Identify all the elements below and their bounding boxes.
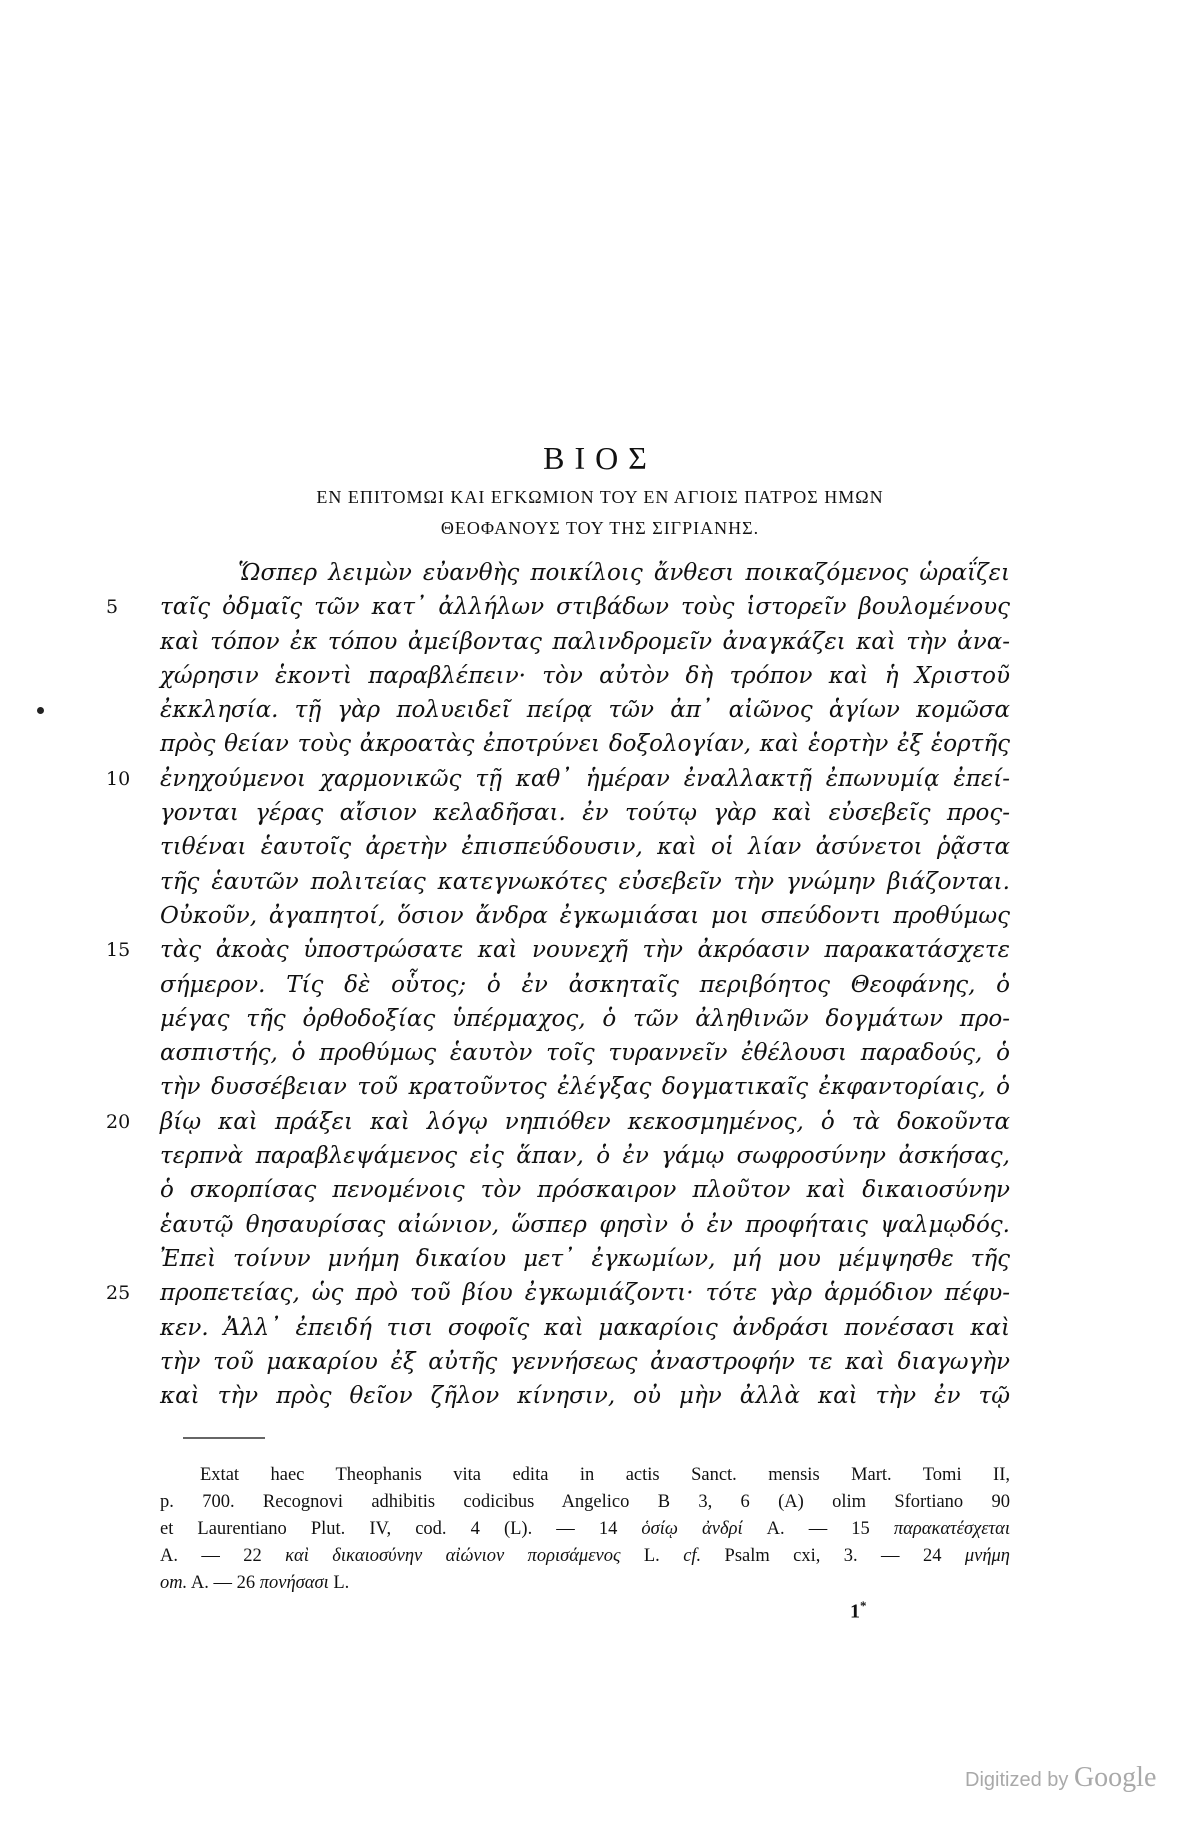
line-text: μέγας τῆς ὀρθοδοξίας ὑπέρμαχος, ὁ τῶν ἀλ… bbox=[160, 1006, 1010, 1032]
footnote-variant: παρακατέσχεται bbox=[894, 1519, 1010, 1539]
footnote-text: A. — 15 bbox=[743, 1519, 894, 1539]
line-number: 10 bbox=[106, 762, 146, 796]
text-line: καὶ τόπον ἐκ τόπου ἀμείβοντας παλινδρομε… bbox=[160, 625, 1010, 659]
line-text: τὴν τοῦ μακαρίου ἐξ αὐτῆς γεννήσεως ἀνασ… bbox=[160, 1349, 1010, 1375]
line-text: βίῳ καὶ πράξει καὶ λόγῳ νηπιόθεν κεκοσμη… bbox=[160, 1109, 1010, 1135]
text-line: χώρησιν ἑκοντὶ παραβλέπειν· τὸν αὐτὸν δὴ… bbox=[160, 659, 1010, 693]
page-number-value: 1 bbox=[850, 1601, 860, 1623]
greek-body-text: Ὥσπερ λειμὼν εὐανθὴς ποικίλοις ἄνθεσι πο… bbox=[160, 556, 1010, 1413]
footnote-abbrev: om. bbox=[160, 1573, 187, 1593]
line-text: Ἐπεὶ τοίνυν μνήμη δικαίου μετ᾽ ἐγκωμίων,… bbox=[160, 1246, 1010, 1272]
text-line: τιθέναι ἑαυτοῖς ἀρετὴν ἐπισπεύδουσιν, κα… bbox=[160, 830, 1010, 864]
subtitle-line-2: ΘΕΟΦΑΝΟΥΣ ΤΟΥ ΤΗΣ ΣΙΓΡΙΑΝΗΣ. bbox=[0, 518, 1200, 539]
footnote-line: Extat haec Theophanis vita edita in acti… bbox=[160, 1462, 1010, 1489]
text-line: ασπιστής, ὁ προθύμως ἑαυτὸν τοῖς τυραννε… bbox=[160, 1036, 1010, 1070]
line-text: τὴν δυσσέβειαν τοῦ κρατοῦντος ἐλέγξας δο… bbox=[160, 1074, 1010, 1100]
text-line: Ὥσπερ λειμὼν εὐανθὴς ποικίλοις ἄνθεσι πο… bbox=[160, 556, 1010, 590]
footnote-text: Psalm cxi, 3. — 24 bbox=[701, 1546, 965, 1566]
watermark-prefix: Digitized by bbox=[965, 1769, 1074, 1791]
text-line: 10ἐνηχούμενοι χαρμονικῶς τῇ καθ᾽ ἡμέραν … bbox=[160, 762, 1010, 796]
text-line: μέγας τῆς ὀρθοδοξίας ὑπέρμαχος, ὁ τῶν ἀλ… bbox=[160, 1002, 1010, 1036]
google-logo-text: Google bbox=[1074, 1762, 1156, 1793]
signature-mark: * bbox=[860, 1598, 867, 1613]
line-text: τὰς ἀκοὰς ὑποστρώσατε καὶ νουνεχῆ τὴν ἀκ… bbox=[160, 937, 1010, 963]
text-line: σήμερον. Τίς δὲ οὗτος; ὁ ἐν ἀσκηταῖς περ… bbox=[160, 968, 1010, 1002]
footnote-rule bbox=[183, 1437, 265, 1439]
line-text: ταῖς ὀδμαῖς τῶν κατ᾽ ἀλλήλων στιβάδων το… bbox=[160, 594, 1010, 620]
line-text: κεν. Ἀλλ᾽ ἐπειδή τισι σοφοῖς καὶ μακαρίο… bbox=[160, 1315, 1010, 1341]
text-line: ἑαυτῷ θησαυρίσας αἰώνιον, ὥσπερ φησὶν ὁ … bbox=[160, 1208, 1010, 1242]
line-text: πρὸς θείαν τοὺς ἀκροατὰς ἐποτρύνει δοξολ… bbox=[160, 731, 1010, 757]
text-line: 5ταῖς ὀδμαῖς τῶν κατ᾽ ἀλλήλων στιβάδων τ… bbox=[160, 590, 1010, 624]
line-text: ἐνηχούμενοι χαρμονικῶς τῇ καθ᾽ ἡμέραν ἐν… bbox=[160, 766, 1010, 792]
footnote-text: et Laurentiano Plut. IV, cod. 4 (L). — 1… bbox=[160, 1519, 641, 1539]
footnote-text: L. bbox=[620, 1546, 683, 1566]
text-line: τὴν τοῦ μακαρίου ἐξ αὐτῆς γεννήσεως ἀνασ… bbox=[160, 1345, 1010, 1379]
footnote-line: om. A. — 26 πονήσασι L. bbox=[160, 1570, 1010, 1597]
line-text: τερπνὰ παραβλεψάμενος εἰς ἅπαν, ὁ ἐν γάμ… bbox=[160, 1143, 1010, 1169]
line-number: 25 bbox=[106, 1276, 146, 1310]
line-text: Οὐκοῦν, ἀγαπητοί, ὅσιον ἄνδρα ἐγκωμιάσαι… bbox=[160, 903, 1010, 929]
line-text: γονται γέρας αἴσιον κελαδῆσαι. ἐν τούτῳ … bbox=[160, 800, 1010, 826]
line-text: ὁ σκορπίσας πενομένοις τὸν πρόσκαιρον πλ… bbox=[160, 1177, 1010, 1203]
text-line: 20βίῳ καὶ πράξει καὶ λόγῳ νηπιόθεν κεκοσ… bbox=[160, 1105, 1010, 1139]
text-line: κεν. Ἀλλ᾽ ἐπειδή τισι σοφοῖς καὶ μακαρίο… bbox=[160, 1311, 1010, 1345]
text-line: Ἐπεὶ τοίνυν μνήμη δικαίου μετ᾽ ἐγκωμίων,… bbox=[160, 1242, 1010, 1276]
line-text: καὶ τόπον ἐκ τόπου ἀμείβοντας παλινδρομε… bbox=[160, 629, 1010, 655]
footnote-variant: καὶ δικαιοσύνην αἰώνιον πορισάμενος bbox=[285, 1546, 620, 1566]
line-number: 15 bbox=[106, 933, 146, 967]
line-text: ἑαυτῷ θησαυρίσας αἰώνιον, ὥσπερ φησὶν ὁ … bbox=[160, 1212, 1010, 1238]
footnote-text: A. — 26 bbox=[187, 1573, 259, 1593]
text-line: ἐκκλησία. τῇ γὰρ πολυειδεῖ πείρᾳ τῶν ἀπ᾽… bbox=[160, 693, 1010, 727]
page-title: ΒΙΟΣ bbox=[0, 440, 1200, 477]
line-text: σήμερον. Τίς δὲ οὗτος; ὁ ἐν ἀσκηταῖς περ… bbox=[160, 972, 1010, 998]
line-text: Ὥσπερ λειμὼν εὐανθὴς ποικίλοις ἄνθεσι πο… bbox=[238, 560, 1010, 586]
line-text: προπετείας, ὡς πρὸ τοῦ βίου ἐγκωμιάζοντι… bbox=[160, 1280, 1010, 1306]
book-page: ΒΙΟΣ ΕΝ ΕΠΙΤΟΜΩΙ ΚΑΙ ΕΓΚΩΜΙΟΝ ΤΟΥ ΕΝ ΑΓΙ… bbox=[0, 0, 1200, 1824]
text-line: τῆς ἑαυτῶν πολιτείας κατεγνωκότες εὐσεβε… bbox=[160, 865, 1010, 899]
footnote-text: A. — 22 bbox=[160, 1546, 285, 1566]
footnote-text: p. 700. Recognovi adhibitis codicibus An… bbox=[160, 1492, 1010, 1512]
text-line: τερπνὰ παραβλεψάμενος εἰς ἅπαν, ὁ ἐν γάμ… bbox=[160, 1139, 1010, 1173]
margin-ink-dot bbox=[37, 707, 44, 714]
text-line: 25προπετείας, ὡς πρὸ τοῦ βίου ἐγκωμιάζον… bbox=[160, 1276, 1010, 1310]
footnote-line: A. — 22 καὶ δικαιοσύνην αἰώνιον πορισάμε… bbox=[160, 1543, 1010, 1570]
text-line: 15τὰς ἀκοὰς ὑποστρώσατε καὶ νουνεχῆ τὴν … bbox=[160, 933, 1010, 967]
subtitle-line-1: ΕΝ ΕΠΙΤΟΜΩΙ ΚΑΙ ΕΓΚΩΜΙΟΝ ΤΟΥ ΕΝ ΑΓΙΟΙΣ Π… bbox=[0, 487, 1200, 508]
line-text: χώρησιν ἑκοντὶ παραβλέπειν· τὸν αὐτὸν δὴ… bbox=[160, 663, 1010, 689]
text-line: πρὸς θείαν τοὺς ἀκροατὰς ἐποτρύνει δοξολ… bbox=[160, 727, 1010, 761]
text-line: Οὐκοῦν, ἀγαπητοί, ὅσιον ἄνδρα ἐγκωμιάσαι… bbox=[160, 899, 1010, 933]
text-line: γονται γέρας αἴσιον κελαδῆσαι. ἐν τούτῳ … bbox=[160, 796, 1010, 830]
footnote-variant: πονήσασι bbox=[260, 1573, 329, 1593]
text-line: τὴν δυσσέβειαν τοῦ κρατοῦντος ἐλέγξας δο… bbox=[160, 1070, 1010, 1104]
footnote-line: et Laurentiano Plut. IV, cod. 4 (L). — 1… bbox=[160, 1516, 1010, 1543]
line-number: 5 bbox=[106, 590, 146, 624]
line-text: τῆς ἑαυτῶν πολιτείας κατεγνωκότες εὐσεβε… bbox=[160, 869, 1010, 895]
line-number: 20 bbox=[106, 1105, 146, 1139]
line-text: ασπιστής, ὁ προθύμως ἑαυτὸν τοῖς τυραννε… bbox=[160, 1040, 1010, 1066]
footnote-abbrev: cf. bbox=[683, 1546, 701, 1566]
footnote-variant: ὁσίῳ ἀνδρί bbox=[641, 1519, 742, 1539]
text-line: ὁ σκορπίσας πενομένοις τὸν πρόσκαιρον πλ… bbox=[160, 1173, 1010, 1207]
footnote-variant: μνήμη bbox=[965, 1546, 1010, 1566]
footnote-text: Extat haec Theophanis vita edita in acti… bbox=[200, 1465, 1010, 1485]
line-text: καὶ τὴν πρὸς θεῖον ζῆλον κίνησιν, οὐ μὴν… bbox=[160, 1383, 1010, 1409]
page-number: 1* bbox=[850, 1598, 867, 1624]
digitized-by-google-watermark: Digitized by Google bbox=[965, 1762, 1156, 1794]
footnotes: Extat haec Theophanis vita edita in acti… bbox=[160, 1462, 1010, 1597]
text-line: καὶ τὴν πρὸς θεῖον ζῆλον κίνησιν, οὐ μὴν… bbox=[160, 1379, 1010, 1413]
line-text: τιθέναι ἑαυτοῖς ἀρετὴν ἐπισπεύδουσιν, κα… bbox=[160, 834, 1010, 860]
footnote-line: p. 700. Recognovi adhibitis codicibus An… bbox=[160, 1489, 1010, 1516]
footnote-text: L. bbox=[329, 1573, 350, 1593]
line-text: ἐκκλησία. τῇ γὰρ πολυειδεῖ πείρᾳ τῶν ἀπ᾽… bbox=[160, 697, 1010, 723]
